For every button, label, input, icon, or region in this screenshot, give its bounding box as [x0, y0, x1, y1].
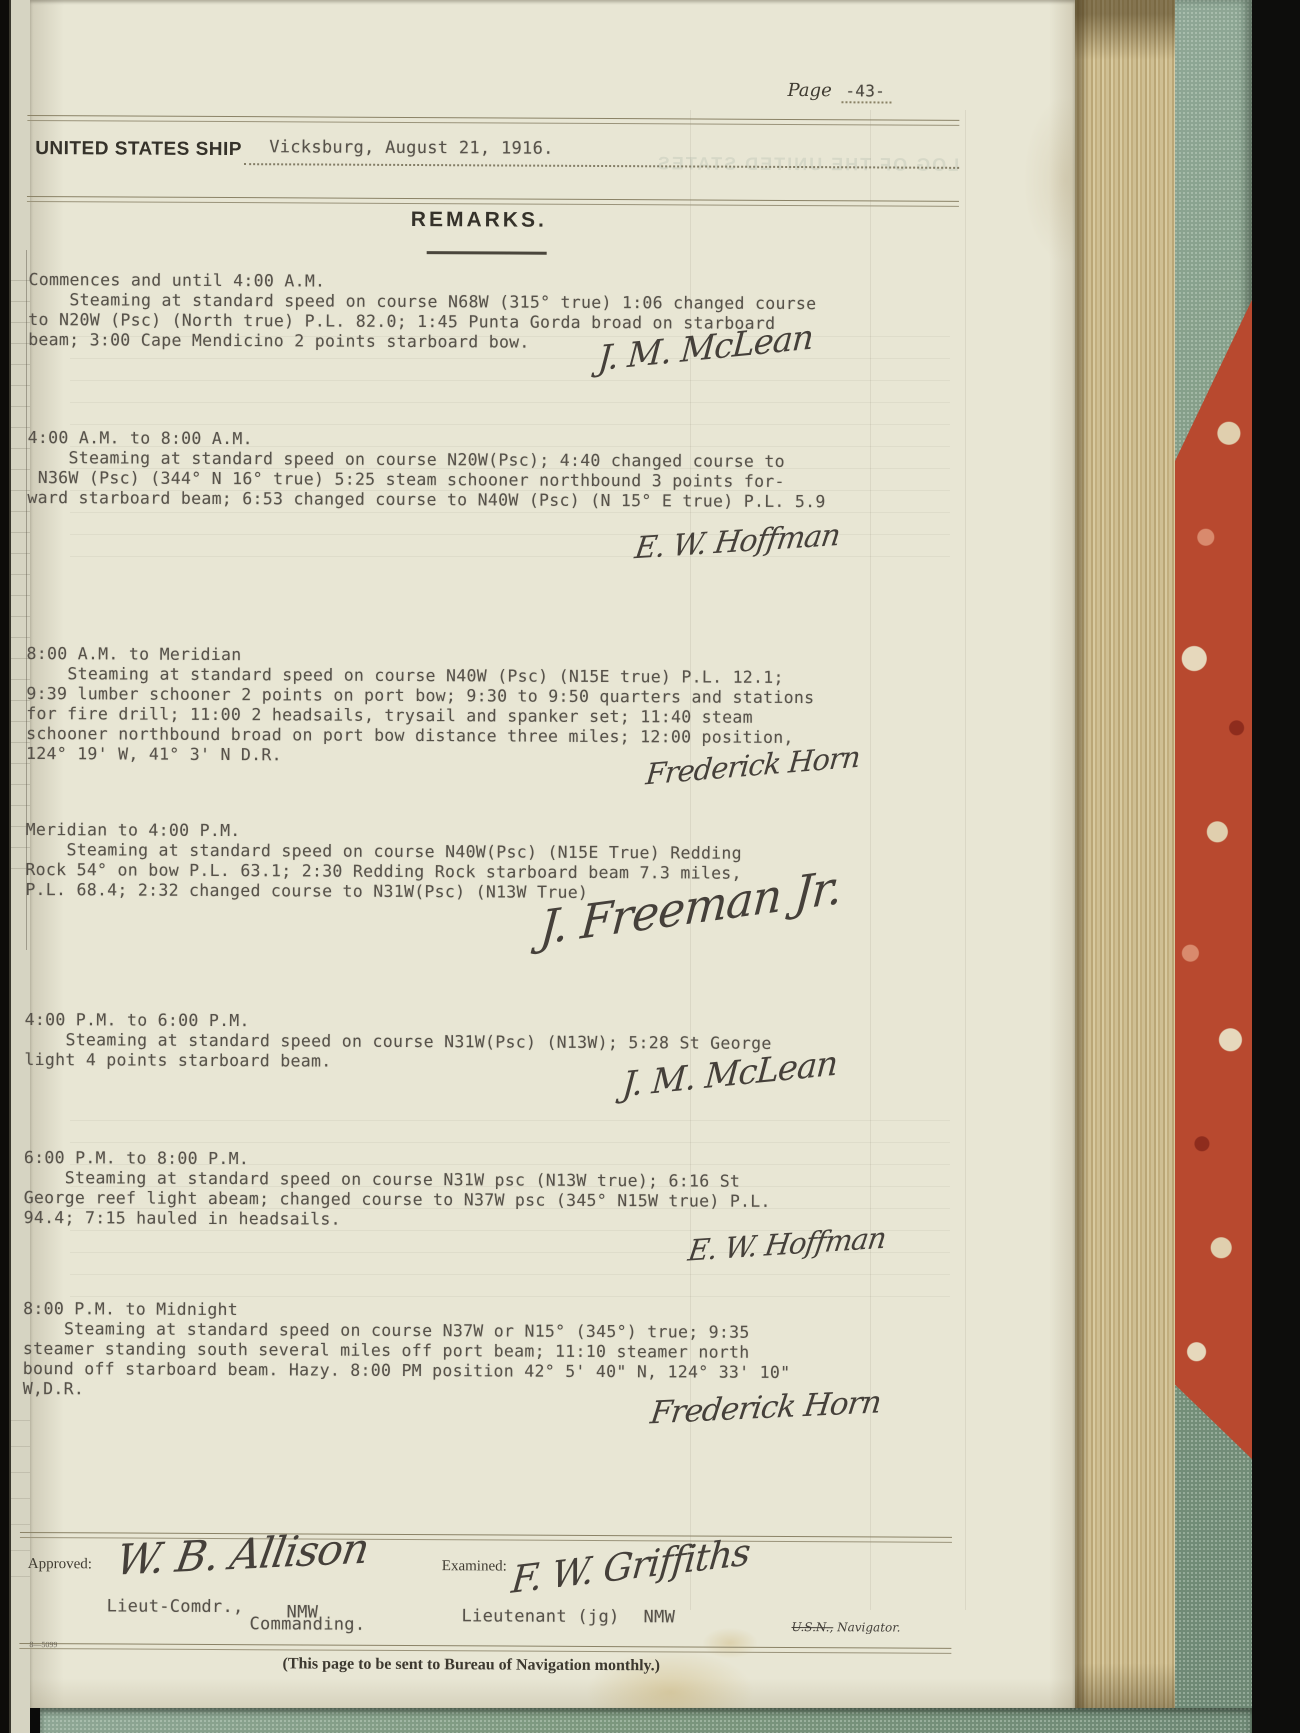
- page-number-value: -43-: [841, 81, 891, 103]
- form-number: 8—5099: [29, 1640, 57, 1649]
- approved-label: Approved:: [28, 1556, 92, 1573]
- ship-name-value: Vicksburg, August 21, 1916.: [269, 137, 554, 158]
- examined-initials: NMW: [643, 1607, 675, 1627]
- remarks-underline: [427, 251, 547, 255]
- remarks-title: REMARKS.: [29, 206, 929, 235]
- logbook-scan: Page -43- LOG OF THE UNITED STATES UNITE…: [0, 0, 1300, 1733]
- page-content: Page -43- LOG OF THE UNITED STATES UNITE…: [0, 0, 1075, 1733]
- scan-background: [1252, 0, 1300, 1733]
- navigator-note: U.S.N., Navigator.: [791, 1620, 900, 1635]
- footer-rule: [19, 1643, 951, 1654]
- ship-label: UNITED STATES SHIP: [35, 138, 242, 160]
- navigator-struck-text: U.S.N.,: [791, 1620, 833, 1634]
- page-number-label: Page: [787, 80, 831, 101]
- page-stack-edge: [1075, 0, 1175, 1733]
- navigator-label: Navigator.: [833, 1620, 900, 1634]
- log-entry-5: 6:00 P.M. to 8:00 P.M. Steaming at stand…: [24, 1148, 934, 1233]
- entry-signature-1: E. W. Hoffman: [633, 518, 842, 567]
- footer-note: (This page to be sent to Bureau of Navig…: [21, 1654, 921, 1677]
- examined-rank: Lieutenant (jg): [461, 1606, 619, 1627]
- book-cover: [1175, 0, 1252, 1733]
- examined-label: Examined:: [442, 1558, 507, 1575]
- approved-title: Commanding.: [249, 1614, 365, 1635]
- log-entry-1: 4:00 A.M. to 8:00 A.M. Steaming at stand…: [27, 428, 937, 513]
- approved-rank: Lieut-Comdr.,: [107, 1596, 244, 1617]
- page-number: Page -43-: [787, 80, 891, 102]
- header-rule-top: [27, 115, 959, 126]
- header-rule-mid: [27, 196, 959, 207]
- ship-name-row: UNITED STATES SHIP: [35, 138, 242, 161]
